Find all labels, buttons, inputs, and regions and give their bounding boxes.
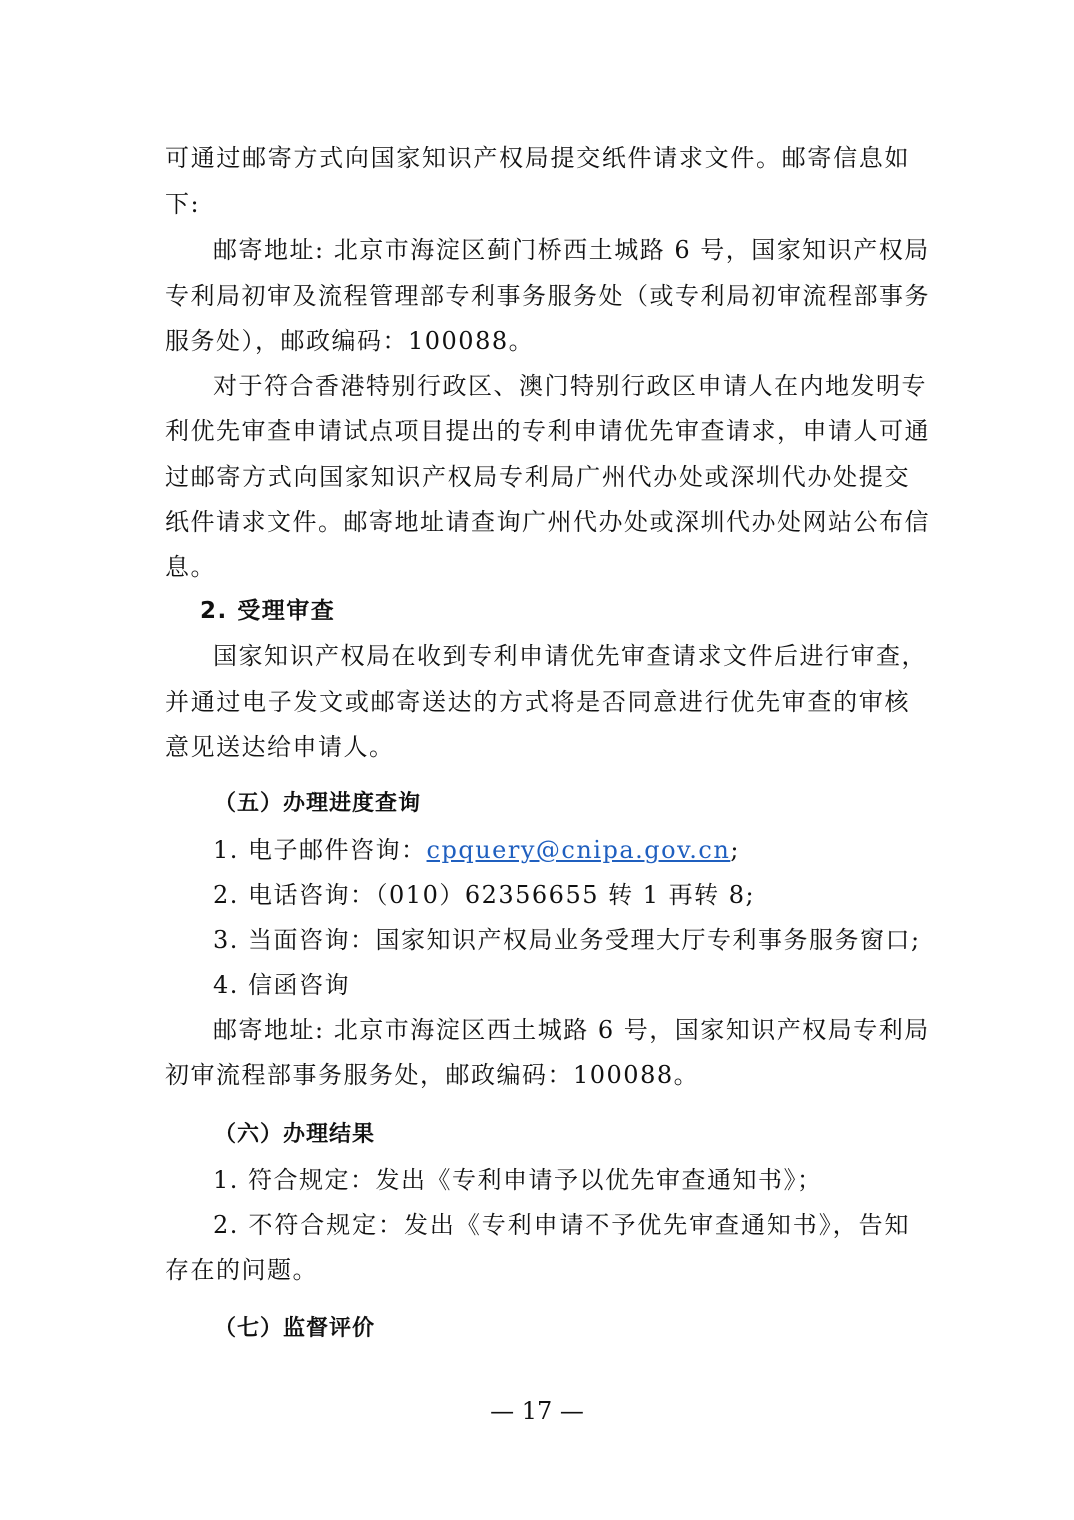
paragraph-line: 专利局初审及流程管理部专利事务服务处（或专利局初审流程部事务 <box>165 281 910 311</box>
paragraph-line: 下: <box>165 189 910 219</box>
paragraph-line: 纸件请求文件。邮寄地址请查询广州代办处或深圳代办处网站公布信 <box>165 507 910 537</box>
list-item: 1. 符合规定：发出《专利申请予以优先审查通知书》； <box>213 1165 910 1195</box>
list-item: 3. 当面咨询：国家知识产权局业务受理大厅专利事务服务窗口; <box>213 925 910 955</box>
list-item: 1. 电子邮件咨询：cpquery@cnipa.gov.cn; <box>213 835 910 865</box>
paragraph-line: 初审流程部事务服务处，邮政编码：100088。 <box>165 1060 910 1090</box>
paragraph-line: 存在的问题。 <box>165 1255 910 1285</box>
section-heading: （六）办理结果 <box>214 1120 959 1150</box>
paragraph-line: 意见送达给申请人。 <box>165 732 910 762</box>
paragraph-line: 过邮寄方式向国家知识产权局专利局广州代办处或深圳代办处提交 <box>165 462 910 492</box>
paragraph-line: 并通过电子发文或邮寄送达的方式将是否同意进行优先审查的审核 <box>165 687 910 717</box>
paragraph-line: 可通过邮寄方式向国家知识产权局提交纸件请求文件。邮寄信息如 <box>165 143 910 173</box>
section-heading: （五）办理进度查询 <box>214 789 959 819</box>
paragraph-line: 息。 <box>165 552 910 582</box>
page-number: — 17 — <box>0 1396 1074 1426</box>
list-item: 2. 电话咨询：（010）62356655 转 1 再转 8; <box>213 880 910 910</box>
paragraph-line: 邮寄地址: 北京市海淀区蓟门桥西土城路 6 号，国家知识产权局 <box>213 235 910 265</box>
paragraph-line: 服务处），邮政编码：100088。 <box>165 326 910 356</box>
list-item: 4. 信函咨询 <box>213 970 910 1000</box>
list-item: 2. 不符合规定：发出《专利申请不予优先审查通知书》，告知 <box>213 1210 910 1240</box>
paragraph-line: 利优先审查申请试点项目提出的专利申请优先审查请求，申请人可通 <box>165 416 910 446</box>
section-heading: 2. 受理审查 <box>200 596 945 626</box>
paragraph-line: 国家知识产权局在收到专利申请优先审查请求文件后进行审查， <box>213 641 910 671</box>
email-link[interactable]: cpquery@cnipa.gov.cn <box>427 836 731 864</box>
list-item-tail: ; <box>730 836 740 864</box>
section-heading: （七）监督评价 <box>214 1314 959 1344</box>
paragraph-line: 对于符合香港特别行政区、澳门特别行政区申请人在内地发明专 <box>213 371 910 401</box>
list-item-label: 1. 电子邮件咨询： <box>213 836 427 864</box>
paragraph-line: 邮寄地址: 北京市海淀区西土城路 6 号，国家知识产权局专利局 <box>213 1015 910 1045</box>
document-page: 可通过邮寄方式向国家知识产权局提交纸件请求文件。邮寄信息如 下: 邮寄地址: 北… <box>0 0 1074 1520</box>
